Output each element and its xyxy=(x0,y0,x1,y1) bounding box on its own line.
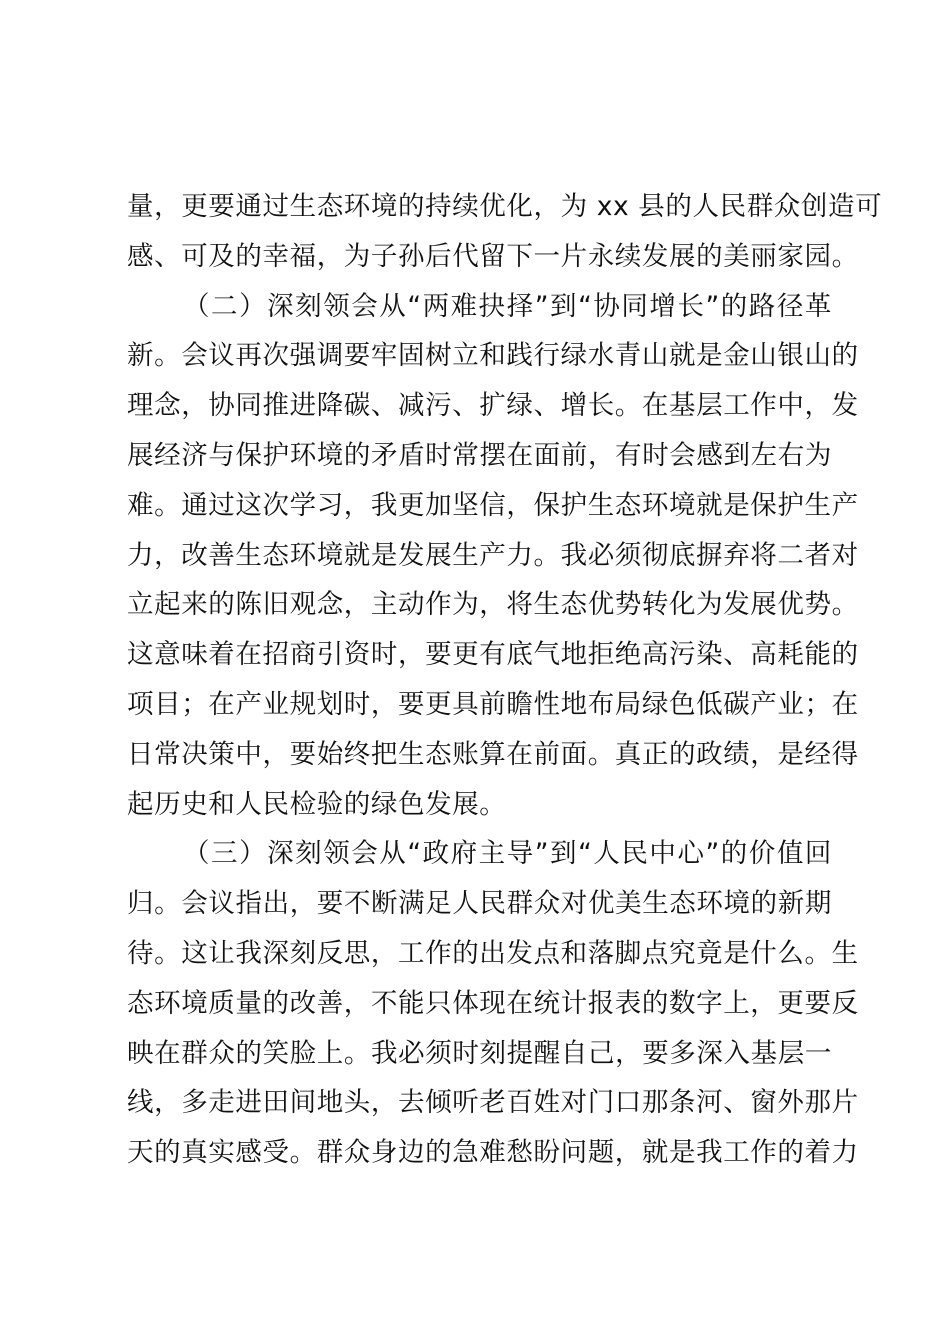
text-line: 起历史和人民检验的绿色发展。 xyxy=(127,780,832,830)
paragraph-section-3: （三）深刻领会从“政府主导”到“人民中心”的价值回 归。会议指出，要不断满足人民… xyxy=(127,829,832,1178)
text-line: 项目；在产业规划时，要更具前瞻性地布局绿色低碳产业；在 xyxy=(127,680,832,730)
text-line: 天的真实感受。群众身边的急难愁盼问题，就是我工作的着力 xyxy=(127,1128,832,1178)
text-line: 感、可及的幸福，为子孙后代留下一片永续发展的美丽家园。 xyxy=(127,232,832,282)
text-line: 展经济与保护环境的矛盾时常摆在面前，有时会感到左右为 xyxy=(127,431,832,481)
text-line: 新。会议再次强调要牢固树立和践行绿水青山就是金山银山的 xyxy=(127,331,832,381)
text-line: 立起来的陈旧观念，主动作为，将生态优势转化为发展优势。 xyxy=(127,580,832,630)
text-line: 理念，协同推进降碳、减污、扩绿、增长。在基层工作中，发 xyxy=(127,381,832,431)
document-page: 量，更要通过生态环境的持续优化，为 xx 县的人民群众创造可 感、可及的幸福，为… xyxy=(0,0,950,1344)
text-line: 这意味着在招商引资时，要更有底气地拒绝高污染、高耗能的 xyxy=(127,630,832,680)
text-line: 归。会议指出，要不断满足人民群众对优美生态环境的新期 xyxy=(127,879,832,929)
text-line: 线，多走进田间地头，去倾听老百姓对门口那条河、窗外那片 xyxy=(127,1078,832,1128)
text-line: 映在群众的笑脸上。我必须时刻提醒自己，要多深入基层一 xyxy=(127,1029,832,1079)
text-line: 难。通过这次学习，我更加坚信，保护生态环境就是保护生产 xyxy=(127,481,832,531)
section-heading-line: （二）深刻领会从“两难抉择”到“协同增长”的路径革 xyxy=(127,282,832,332)
text-line: 待。这让我深刻反思，工作的出发点和落脚点究竟是什么。生 xyxy=(127,929,832,979)
text-line: 量，更要通过生态环境的持续优化，为 xx 县的人民群众创造可 xyxy=(127,182,832,232)
section-heading-line: （三）深刻领会从“政府主导”到“人民中心”的价值回 xyxy=(127,829,832,879)
paragraph-section-2: （二）深刻领会从“两难抉择”到“协同增长”的路径革 新。会议再次强调要牢固树立和… xyxy=(127,282,832,830)
text-line: 日常决策中，要始终把生态账算在前面。真正的政绩，是经得 xyxy=(127,730,832,780)
text-line: 力，改善生态环境就是发展生产力。我必须彻底摒弃将二者对 xyxy=(127,531,832,581)
document-body: 量，更要通过生态环境的持续优化，为 xx 县的人民群众创造可 感、可及的幸福，为… xyxy=(127,182,832,1178)
text-line: 态环境质量的改善，不能只体现在统计报表的数字上，更要反 xyxy=(127,979,832,1029)
paragraph-continuation: 量，更要通过生态环境的持续优化，为 xx 县的人民群众创造可 感、可及的幸福，为… xyxy=(127,182,832,282)
